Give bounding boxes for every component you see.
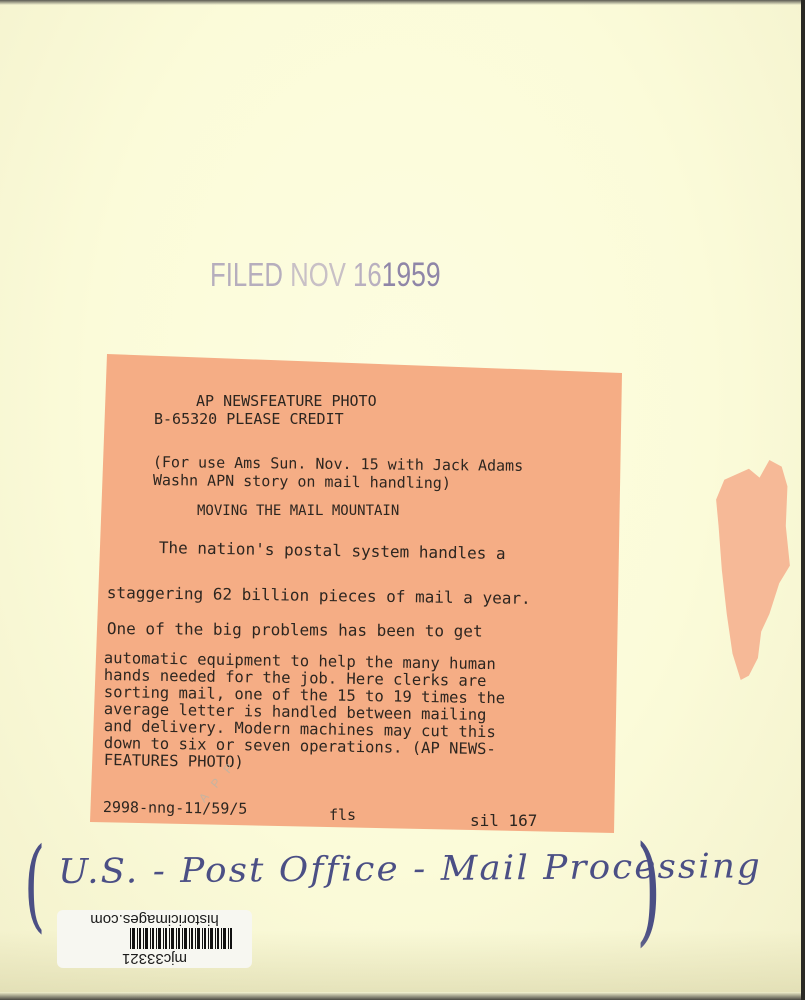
barcode-sticker: mjc33321 historicimages.com: [57, 910, 252, 968]
caption-header-line2: B-65320 PLEASE CREDIT: [154, 410, 344, 428]
stamp-month: NOV: [290, 256, 346, 293]
stamp-year: 1959: [382, 256, 441, 294]
caption-title: MOVING THE MAIL MOUNTAIN: [197, 502, 399, 520]
caption-header-line1: AP NEWSFEATURE PHOTO: [196, 392, 377, 410]
caption-footer-initials: fls: [329, 806, 356, 824]
barcode-icon: [128, 928, 232, 949]
caption-release-line2: Washn APN story on mail handling): [153, 471, 451, 492]
photo-back-paper: FILED NOV 161959 AP NEWSFEATURE PHOTO B-…: [0, 0, 801, 1000]
sticker-item-code: mjc33321: [67, 950, 242, 967]
sticker-site: historicimages.com: [67, 911, 242, 928]
stamp-day: 16: [353, 256, 382, 293]
filed-date-stamp: FILED NOV 161959: [210, 256, 441, 295]
caption-footer-code: 2998-nng-11/59/5: [103, 798, 248, 818]
caption-body-line: One of the big problems has been to get: [107, 620, 483, 641]
right-edge-border: [801, 0, 805, 1000]
peach-stain: [712, 460, 794, 680]
caption-footer-ref: sil 167: [470, 812, 537, 830]
stamp-filed: FILED: [210, 256, 283, 293]
handwritten-open-paren: (: [24, 826, 45, 943]
